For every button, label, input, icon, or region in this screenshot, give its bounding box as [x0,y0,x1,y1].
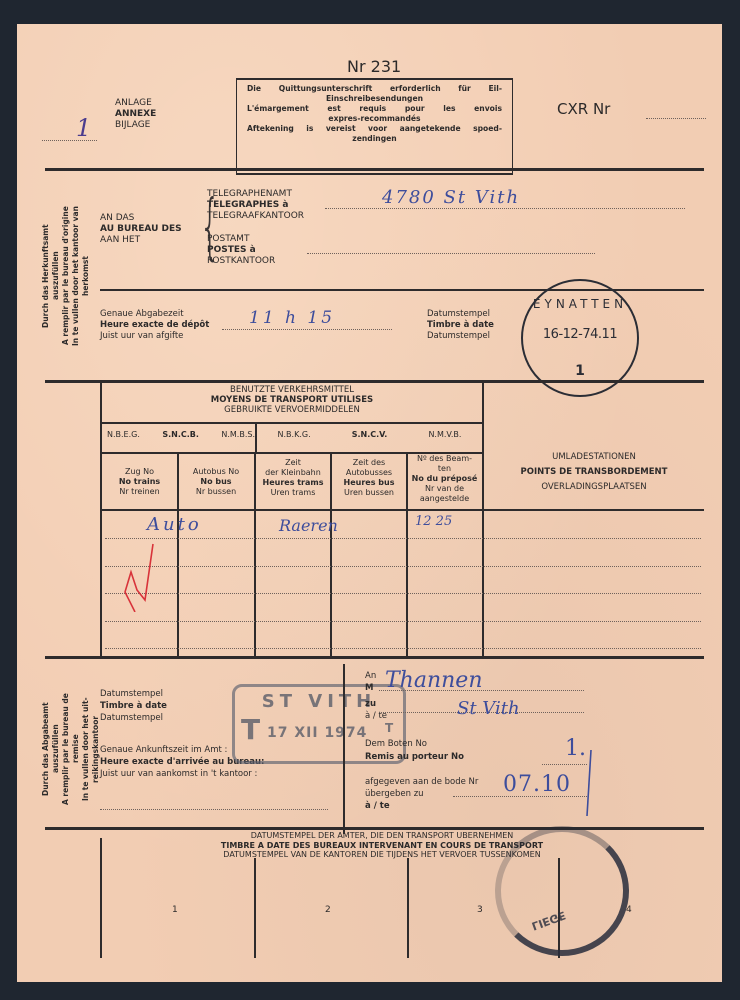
receipt-notice-box: Die Quittungsunterschrift erforderlich f… [236,78,513,175]
annex-handwritten: 1 [76,114,91,142]
slot-1: 1 [172,905,178,915]
arrival-time-field[interactable] [100,809,328,810]
slot-2: 2 [325,905,331,915]
col-header-tram-time: Zeitder KleinbahnHeures tramsUren trams [255,458,331,498]
deposit-time-handwritten: 11 h 15 [249,308,335,328]
col-header-clerk: Nº des Beam-tenNo du préposéNr van deaan… [407,454,482,504]
origin-date-stamp-label: Datumstempel Timbre à date Datumstempel [427,309,494,342]
row1-train-handwritten: Auto [147,514,202,535]
table-row[interactable] [105,566,701,567]
cxr-label: CXR Nr [557,100,610,118]
liege-postmark: LIEGE [495,826,629,956]
handover-time-handwritten: 07.10 [503,772,571,797]
post-office-field[interactable] [307,253,595,254]
delivery-side-label: Durch das Abgabeamt auszufüllen A rempli… [41,664,101,834]
delivery-date-stamp-label: Datumstempel Timbre à date Datumstempel [100,688,167,724]
porter-number-field[interactable] [542,764,587,765]
col-header-train: Zug NoNo trainsNr treinen [102,467,177,497]
annex-label: ANLAGE ANNEXE BIJLAGE [115,98,156,131]
rail-operators: N.B.E.G. S.N.C.B. N.M.B.S. [107,430,255,439]
deposit-time-label: Genaue Abgabezeit Heure exacte de dépôt … [100,309,209,342]
telegram-form: Nr 231 1 ANLAGE ANNEXE BIJLAGE Die Quitt… [17,24,722,982]
table-row[interactable] [105,593,701,594]
telegraph-office-handwritten: 4780 St Vith [382,187,520,208]
telegraph-label: TELEGRAPHENAMT TELEGRAPHES à TELEGRAAFKA… [207,189,304,222]
deposit-time-field[interactable] [222,329,392,330]
tram-operators: N.B.K.G. S.N.C.V. N.M.V.B. [257,430,482,439]
row1-clerk-handwritten: 12 25 [415,514,452,529]
recipient-place-handwritten: St Vith [457,698,520,719]
transport-title: BENUTZTE VERKEHRSMITTEL MOYENS DE TRANSP… [102,385,482,415]
red-check-mark [117,542,157,616]
col-header-bus-time: Zeit desAutobussesHeures busUren bussen [331,458,407,498]
bode-label: afgegeven aan de bode Nr übergeben zu à … [365,776,478,812]
origin-side-label: Durch das Herkunftsamt auszufüllen A rem… [41,176,101,376]
telegraph-office-field[interactable] [325,208,685,209]
table-row[interactable] [105,538,701,539]
row1-tram-handwritten: Raeren [279,516,338,535]
post-label: POSTAMT POSTES à POSTKANTOOR [207,234,275,267]
to-office-label: AN DAS AU BUREAU DES AAN HET [100,213,182,246]
porter-label: Dem Boten No Remis au porteur No [365,738,464,764]
pen-stroke [583,748,593,822]
recipient-name-handwritten: Thannen [385,668,483,693]
col-header-bus: Autobus NoNo busNr bussen [178,467,254,497]
table-row[interactable] [105,648,701,649]
transshipment-label: UMLADESTATIONEN POINTS DE TRANSBORDEMENT… [484,450,704,495]
form-number: Nr 231 [347,57,401,76]
recipient-labels: An M zu à / te [365,670,387,722]
slot-3: 3 [477,905,483,915]
table-row[interactable] [105,621,701,622]
cxr-number-field[interactable] [646,118,706,119]
